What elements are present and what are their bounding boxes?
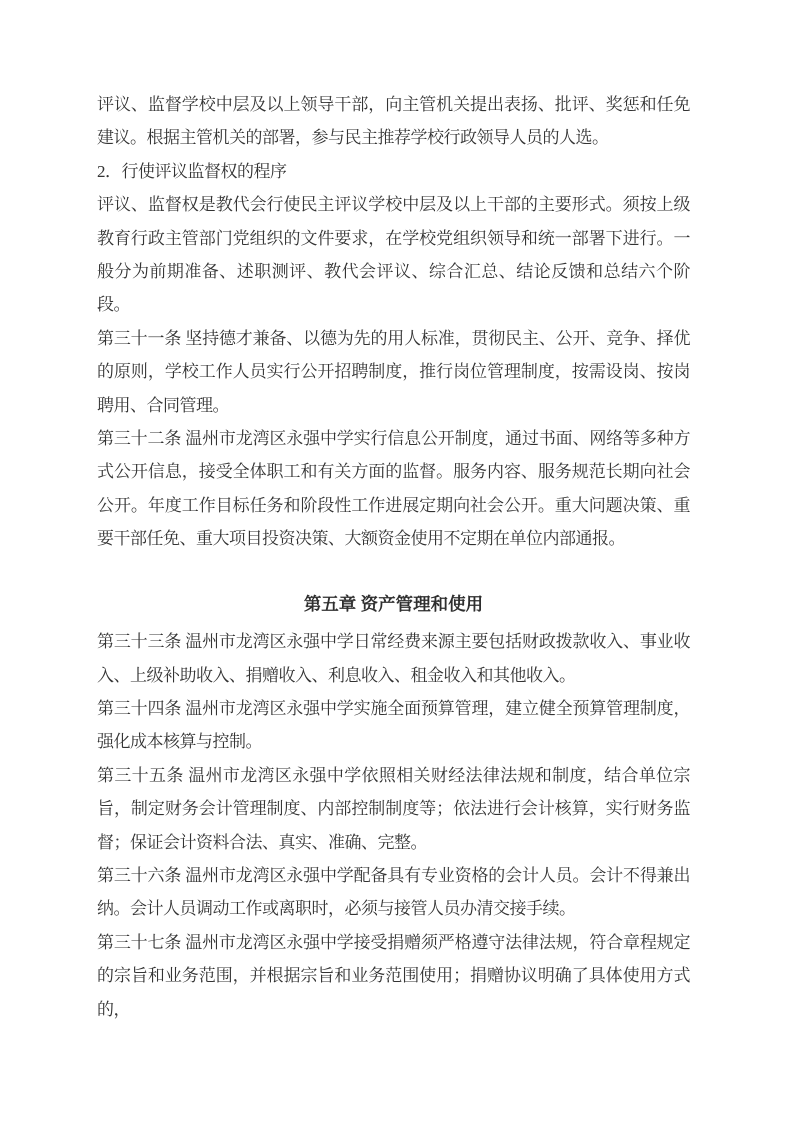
list-item-2-procedure-title: 2．行使评议监督权的程序 xyxy=(97,155,690,188)
article-34: 第三十四条 温州市龙湾区永强中学实施全面预算管理，建立健全预算管理制度，强化成本… xyxy=(97,692,690,759)
article-31: 第三十一条 坚持德才兼备、以德为先的用人标准，贯彻民主、公开、竞争、择优的原则，… xyxy=(97,322,690,422)
document-page: 评议、监督学校中层及以上领导干部，向主管机关提出表扬、批评、奖惩和任免建议。根据… xyxy=(0,0,800,1131)
article-32: 第三十二条 温州市龙湾区永强中学实行信息公开制度，通过书面、网络等多种方式公开信… xyxy=(97,422,690,556)
para-review-supervision-continuation: 评议、监督学校中层及以上领导干部，向主管机关提出表扬、批评、奖惩和任免建议。根据… xyxy=(97,88,690,155)
article-36: 第三十六条 温州市龙湾区永强中学配备具有专业资格的会计人员。会计不得兼出纳。会计… xyxy=(97,859,690,926)
page-content: 评议、监督学校中层及以上领导干部，向主管机关提出表扬、批评、奖惩和任免建议。根据… xyxy=(97,88,690,1026)
article-33: 第三十三条 温州市龙湾区永强中学日常经费来源主要包括财政拨款收入、事业收入、上级… xyxy=(97,625,690,692)
chapter-5-heading: 第五章 资产管理和使用 xyxy=(97,588,690,621)
article-37-partial: 第三十七条 温州市龙湾区永强中学接受捐赠须严格遵守法律法规，符合章程规定的宗旨和… xyxy=(97,926,690,1026)
para-procedure-description: 评议、监督权是教代会行使民主评议学校中层及以上干部的主要形式。须按上级教育行政主… xyxy=(97,188,690,322)
article-35: 第三十五条 温州市龙湾区永强中学依照相关财经法律法规和制度，结合单位宗旨，制定财… xyxy=(97,759,690,859)
